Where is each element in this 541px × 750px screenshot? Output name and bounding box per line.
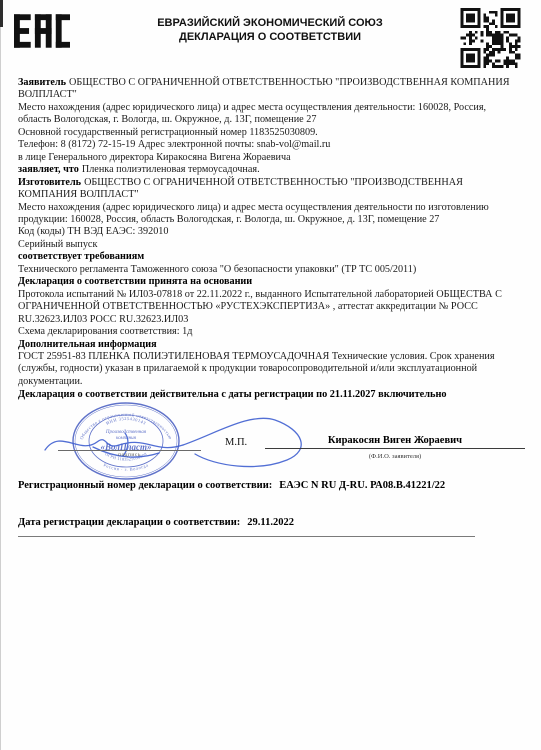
scan-edge-artifact xyxy=(0,0,1,750)
title-line-1: ЕВРАЗИЙСКИЙ ЭКОНОМИЧЕСКИЙ СОЮЗ xyxy=(120,16,420,30)
signature-line xyxy=(58,450,201,451)
complies-text: Технического регламента Таможенного союз… xyxy=(18,264,515,276)
phone-line: Телефон: 8 (8172) 72-15-19 Адрес электро… xyxy=(18,139,515,151)
declares-label: заявляет, что xyxy=(18,164,79,175)
signer-name-caption: (Ф.И.О. заявителя) xyxy=(265,453,525,460)
manufacturer-text: ОБЩЕСТВО С ОГРАНИЧЕННОЙ ОТВЕТСТВЕННОСТЬЮ… xyxy=(18,177,463,200)
manufacturer-paragraph: ИзготовительОБЩЕСТВО С ОГРАНИЧЕННОЙ ОТВЕ… xyxy=(18,177,515,202)
declares-paragraph: заявляет, чтоПленка полиэтиленовая термо… xyxy=(18,164,515,176)
manufacturer-address: Место нахождения (адрес юридического лиц… xyxy=(18,202,515,227)
registration-number-line: Регистрационный номер декларации о соотв… xyxy=(18,480,528,491)
serial-line: Серийный выпуск xyxy=(18,239,515,251)
additional-text: ГОСТ 25951-83 ПЛЕНКА ПОЛИЭТИЛЕНОВАЯ ТЕРМ… xyxy=(18,351,515,388)
signer-name: Киракосян Виген Жораевич xyxy=(265,435,525,449)
registration-number-label: Регистрационный номер декларации о соотв… xyxy=(18,480,272,491)
director-line: в лице Генерального директора Киракосяна… xyxy=(18,152,515,164)
applicant-label: Заявитель xyxy=(18,77,66,88)
additional-label: Дополнительная информация xyxy=(18,339,515,351)
qr-code-icon xyxy=(459,8,522,68)
declares-text: Пленка полиэтиленовая термоусадочная. xyxy=(82,164,260,175)
manufacturer-label: Изготовитель xyxy=(18,177,81,188)
tnved-line: Код (коды) ТН ВЭД ЕАЭС: 392010 xyxy=(18,226,515,238)
ogrn-line: Основной государственный регистрационный… xyxy=(18,127,515,139)
document-page: ЕВРАЗИЙСКИЙ ЭКОНОМИЧЕСКИЙ СОЮЗ ДЕКЛАРАЦИ… xyxy=(0,0,541,750)
mp-label: М.П. xyxy=(225,437,247,448)
eac-mark-icon xyxy=(14,12,70,50)
title-line-2: ДЕКЛАРАЦИЯ О СООТВЕТСТВИИ xyxy=(120,30,420,44)
applicant-address: Место нахождения (адрес юридического лиц… xyxy=(18,102,515,127)
registration-number-value: ЕАЭС N RU Д-RU. РА08.В.41221/22 xyxy=(279,480,445,491)
applicant-paragraph: ЗаявительОБЩЕСТВО С ОГРАНИЧЕННОЙ ОТВЕТСТ… xyxy=(18,77,515,102)
applicant-text: ОБЩЕСТВО С ОГРАНИЧЕННОЙ ОТВЕТСТВЕННОСТЬЮ… xyxy=(18,77,510,100)
scheme-line: Схема декларирования соответствия: 1д xyxy=(18,326,515,338)
document-title: ЕВРАЗИЙСКИЙ ЭКОНОМИЧЕСКИЙ СОЮЗ ДЕКЛАРАЦИ… xyxy=(120,16,420,44)
basis-text: Протокола испытаний № ИЛ03-07818 от 22.1… xyxy=(18,289,515,326)
registration-date-value: 29.11.2022 xyxy=(247,517,294,528)
scan-corner-artifact xyxy=(0,0,3,27)
basis-label: Декларация о соответствии принята на осн… xyxy=(18,276,515,288)
registration-date-line: Дата регистрации декларации о соответств… xyxy=(18,517,528,528)
declaration-body: ЗаявительОБЩЕСТВО С ОГРАНИЧЕННОЙ ОТВЕТСТ… xyxy=(18,77,515,388)
footer-divider xyxy=(18,536,475,537)
registration-date-label: Дата регистрации декларации о соответств… xyxy=(18,517,240,528)
signature-caption: подпись xyxy=(58,452,201,458)
complies-label: соответствует требованиям xyxy=(18,251,515,263)
